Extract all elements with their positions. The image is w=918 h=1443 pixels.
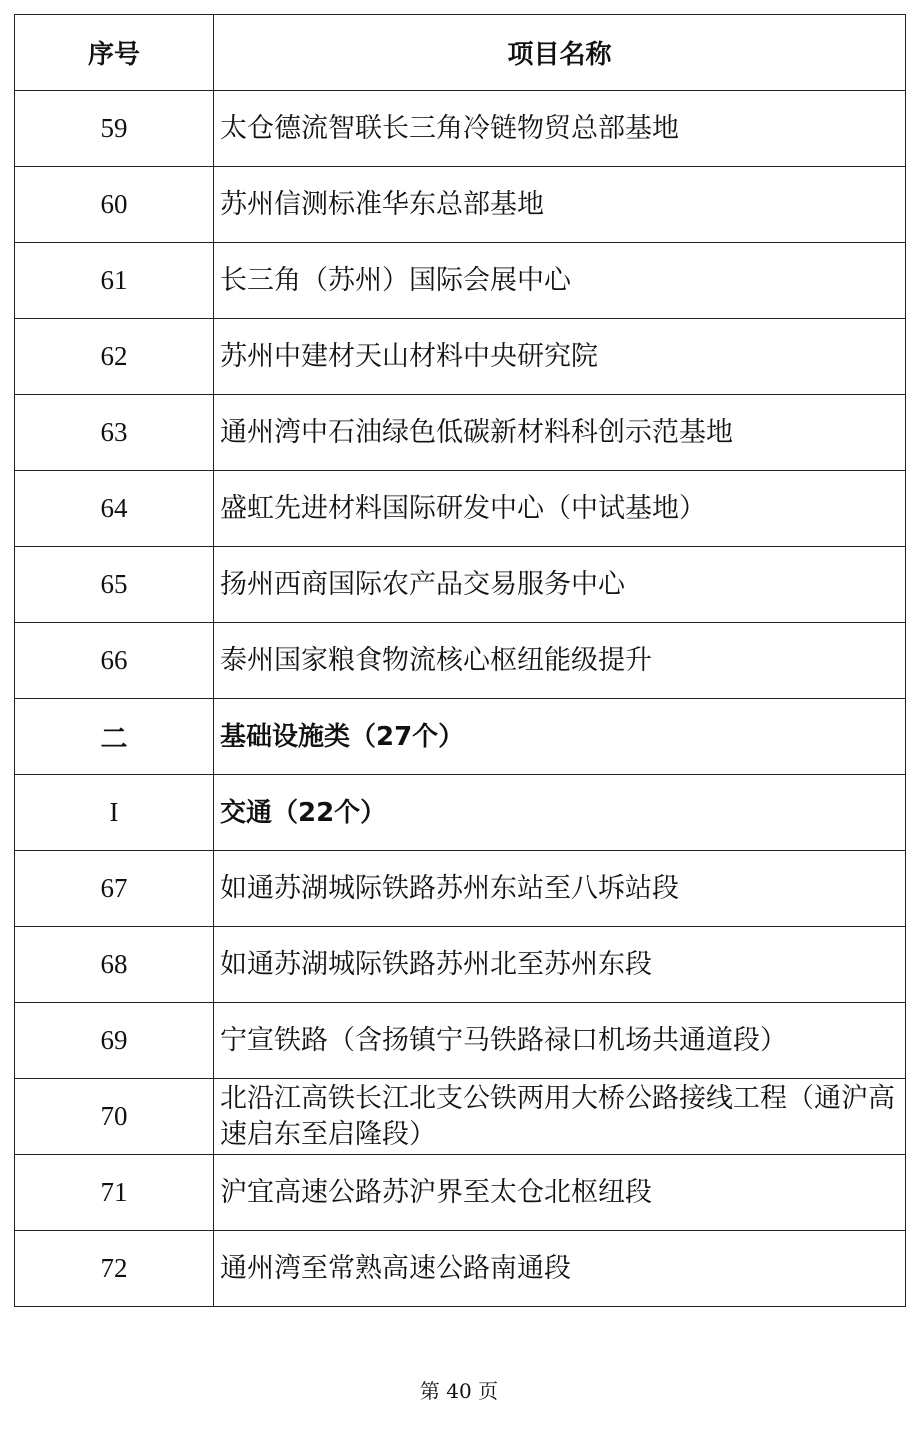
project-table: 序号 项目名称 59太仓德流智联长三角冷链物贸总部基地60苏州信测标准华东总部基… <box>14 14 906 1307</box>
serial-cell: 65 <box>15 547 214 623</box>
project-name-cell: 沪宜高速公路苏沪界至太仓北枢纽段 <box>214 1155 906 1231</box>
project-name-cell: 通州湾至常熟高速公路南通段 <box>214 1231 906 1307</box>
project-name-cell: 通州湾中石油绿色低碳新材料科创示范基地 <box>214 395 906 471</box>
table-section-row: 二基础设施类（27个） <box>15 699 906 775</box>
serial-cell: 71 <box>15 1155 214 1231</box>
serial-cell: 69 <box>15 1003 214 1079</box>
table-row: 59太仓德流智联长三角冷链物贸总部基地 <box>15 91 906 167</box>
header-serial: 序号 <box>15 15 214 91</box>
serial-cell: 63 <box>15 395 214 471</box>
table-row: 65扬州西商国际农产品交易服务中心 <box>15 547 906 623</box>
serial-cell: 62 <box>15 319 214 395</box>
table-section-row: I交通（22个） <box>15 775 906 851</box>
serial-cell: 60 <box>15 167 214 243</box>
serial-cell: 59 <box>15 91 214 167</box>
serial-cell: 64 <box>15 471 214 547</box>
serial-cell: 66 <box>15 623 214 699</box>
table-row: 60苏州信测标准华东总部基地 <box>15 167 906 243</box>
project-name-cell: 宁宣铁路（含扬镇宁马铁路禄口机场共通道段） <box>214 1003 906 1079</box>
project-name-cell: 北沿江高铁长江北支公铁两用大桥公路接线工程（通沪高速启东至启隆段） <box>214 1079 906 1155</box>
project-name-cell: 长三角（苏州）国际会展中心 <box>214 243 906 319</box>
serial-cell: 67 <box>15 851 214 927</box>
table-row: 71沪宜高速公路苏沪界至太仓北枢纽段 <box>15 1155 906 1231</box>
table-header-row: 序号 项目名称 <box>15 15 906 91</box>
table-row: 64盛虹先进材料国际研发中心（中试基地） <box>15 471 906 547</box>
project-name-cell: 基础设施类（27个） <box>214 699 906 775</box>
project-name-cell: 如通苏湖城际铁路苏州北至苏州东段 <box>214 927 906 1003</box>
serial-cell: 二 <box>15 699 214 775</box>
project-name-cell: 扬州西商国际农产品交易服务中心 <box>214 547 906 623</box>
serial-cell: 68 <box>15 927 214 1003</box>
table-row: 68如通苏湖城际铁路苏州北至苏州东段 <box>15 927 906 1003</box>
table-row: 70北沿江高铁长江北支公铁两用大桥公路接线工程（通沪高速启东至启隆段） <box>15 1079 906 1155</box>
table-row: 72通州湾至常熟高速公路南通段 <box>15 1231 906 1307</box>
project-name-cell: 苏州信测标准华东总部基地 <box>214 167 906 243</box>
table-row: 66泰州国家粮食物流核心枢纽能级提升 <box>15 623 906 699</box>
project-name-cell: 太仓德流智联长三角冷链物贸总部基地 <box>214 91 906 167</box>
table-row: 61长三角（苏州）国际会展中心 <box>15 243 906 319</box>
project-name-cell: 泰州国家粮食物流核心枢纽能级提升 <box>214 623 906 699</box>
header-project-name: 项目名称 <box>214 15 906 91</box>
project-name-cell: 如通苏湖城际铁路苏州东站至八坼站段 <box>214 851 906 927</box>
serial-cell: 61 <box>15 243 214 319</box>
table-row: 62苏州中建材天山材料中央研究院 <box>15 319 906 395</box>
table-row: 63通州湾中石油绿色低碳新材料科创示范基地 <box>15 395 906 471</box>
project-name-cell: 盛虹先进材料国际研发中心（中试基地） <box>214 471 906 547</box>
serial-cell: I <box>15 775 214 851</box>
serial-cell: 72 <box>15 1231 214 1307</box>
serial-cell: 70 <box>15 1079 214 1155</box>
project-name-cell: 交通（22个） <box>214 775 906 851</box>
table-row: 69宁宣铁路（含扬镇宁马铁路禄口机场共通道段） <box>15 1003 906 1079</box>
table-row: 67如通苏湖城际铁路苏州东站至八坼站段 <box>15 851 906 927</box>
page-number: 第 40 页 <box>0 1375 918 1404</box>
project-name-cell: 苏州中建材天山材料中央研究院 <box>214 319 906 395</box>
